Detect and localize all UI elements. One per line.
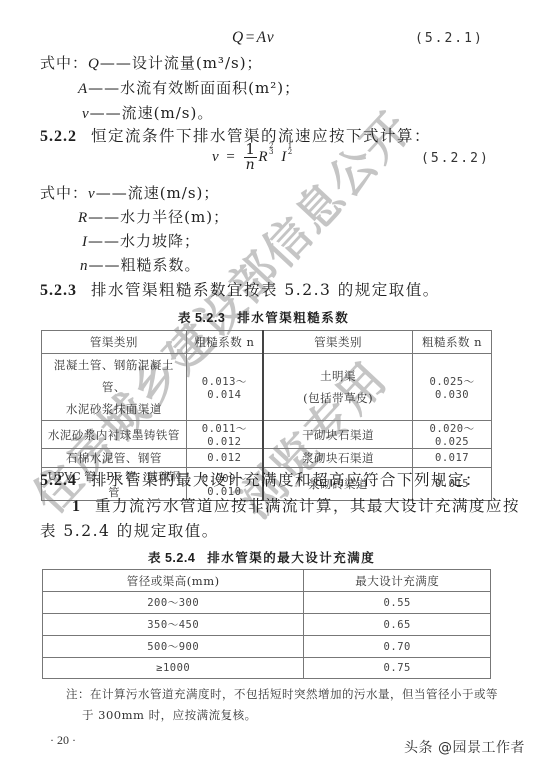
roughness-cell: 0.013～0.014 — [186, 354, 263, 421]
clause-number: 5.2.2 — [40, 128, 77, 145]
table-max-design-fullness: 管径或渠高(mm) 最大设计充满度 200～300 0.55 350～450 0… — [42, 569, 491, 679]
pipe-type-cell: 混凝土管、钢筋混凝土管、 水泥砂浆抹面渠道 — [42, 354, 187, 421]
clause-5-2-4: 5.2.4排水管渠的最大设计充满度和超高应符合下列规定： — [40, 468, 482, 490]
definition-n: n——粗糙系数。 — [80, 254, 201, 275]
definition-a: A——水流有效断面面积(m²)； — [78, 77, 300, 98]
table-header-row: 管渠类别 粗糙系数 n 管渠类别 粗糙系数 n — [42, 331, 492, 354]
roughness-cell: 0.011～0.012 — [186, 421, 263, 449]
equation-number-5-2-1: (5.2.1) — [415, 31, 484, 46]
definition-q: 式中：Q——设计流量(m³/s)； — [40, 52, 263, 73]
definition-v: v——流速(m/s)。 — [82, 102, 213, 123]
pipe-type-cell: 水泥砂浆内衬球墨铸铁管 — [42, 421, 187, 449]
clause-5-2-3: 5.2.3排水管渠粗糙系数宜按表 5.2.3 的规定取值。 — [40, 278, 440, 300]
fullness-cell: 0.65 — [304, 614, 491, 636]
fullness-cell: 0.55 — [304, 592, 491, 614]
pipe-size-cell: 200～300 — [43, 592, 304, 614]
table-5-2-3-caption: 表 5.2.3排水管渠粗糙系数 — [178, 308, 349, 326]
pipe-size-cell: 350～450 — [43, 614, 304, 636]
header-roughness-right: 粗糙系数 n — [413, 331, 492, 354]
header-pipe-type-right: 管渠类别 — [263, 331, 413, 354]
equation-number-5-2-2: (5.2.2) — [421, 151, 490, 166]
clause-5-2-4-item-1-cont: 表 5.2.4 的规定取值。 — [40, 519, 219, 541]
equation-formula: Q=Av — [232, 29, 275, 46]
table-5-2-4-caption: 表 5.2.4排水管渠的最大设计充满度 — [148, 548, 375, 566]
equation-5-2-1: Q=Av — [232, 28, 275, 47]
definition-i: I——水力坡降； — [82, 230, 200, 251]
table-row: 水泥砂浆内衬球墨铸铁管 0.011～0.012 干砌块石渠道 0.020～0.0… — [42, 421, 492, 449]
definition-r: R——水力半径(m)； — [78, 206, 229, 227]
table-row: 200～300 0.55 — [43, 592, 491, 614]
table-row: ≥1000 0.75 — [43, 658, 491, 679]
roughness-cell: 0.012 — [186, 449, 263, 468]
header-roughness-left: 粗糙系数 n — [186, 331, 263, 354]
header-max-fullness: 最大设计充满度 — [304, 570, 491, 592]
table-header-row: 管径或渠高(mm) 最大设计充满度 — [43, 570, 491, 592]
equation-5-2-2: v = 1nR23 I12 — [212, 142, 294, 172]
fullness-cell: 0.70 — [304, 636, 491, 658]
pipe-type-cell: 干砌块石渠道 — [263, 421, 413, 449]
pipe-type-cell: 土明渠 (包括带草皮) — [263, 354, 413, 421]
roughness-cell: 0.017 — [413, 449, 492, 468]
table-row: 500～900 0.70 — [43, 636, 491, 658]
i-exponent: 12 — [288, 143, 294, 156]
pipe-size-cell: ≥1000 — [43, 658, 304, 679]
roughness-cell: 0.020～0.025 — [413, 421, 492, 449]
fraction: 1n — [244, 142, 257, 172]
definitions-prefix: 式中： — [40, 54, 88, 72]
table-row: 混凝土管、钢筋混凝土管、 水泥砂浆抹面渠道 0.013～0.014 土明渠 (包… — [42, 354, 492, 421]
pipe-type-cell: 石棉水泥管、钢管 — [42, 449, 187, 468]
clause-5-2-4-item-1: 1重力流污水管道应按非满流计算，其最大设计充满度应按 — [72, 494, 520, 516]
roughness-cell: 0.025～0.030 — [413, 354, 492, 421]
table-note-line-2: 于 300mm 时，应按满流复核。 — [82, 707, 257, 723]
source-credit: 头条 @园景工作者 — [404, 737, 525, 757]
fullness-cell: 0.75 — [304, 658, 491, 679]
header-pipe-size: 管径或渠高(mm) — [43, 570, 304, 592]
page-number: · 20 · — [50, 733, 76, 748]
table-row: 石棉水泥管、钢管 0.012 浆砌块石渠道 0.017 — [42, 449, 492, 468]
r-exponent: 23 — [269, 143, 275, 156]
table-row: 350～450 0.65 — [43, 614, 491, 636]
definition-v2: 式中：v——流速(m/s)； — [40, 182, 219, 203]
pipe-size-cell: 500～900 — [43, 636, 304, 658]
header-pipe-type-left: 管渠类别 — [42, 331, 187, 354]
table-note-line-1: 注：在计算污水管道充满度时，不包括短时突然增加的污水量，但当管径小于或等 — [66, 686, 498, 702]
pipe-type-cell: 浆砌块石渠道 — [263, 449, 413, 468]
